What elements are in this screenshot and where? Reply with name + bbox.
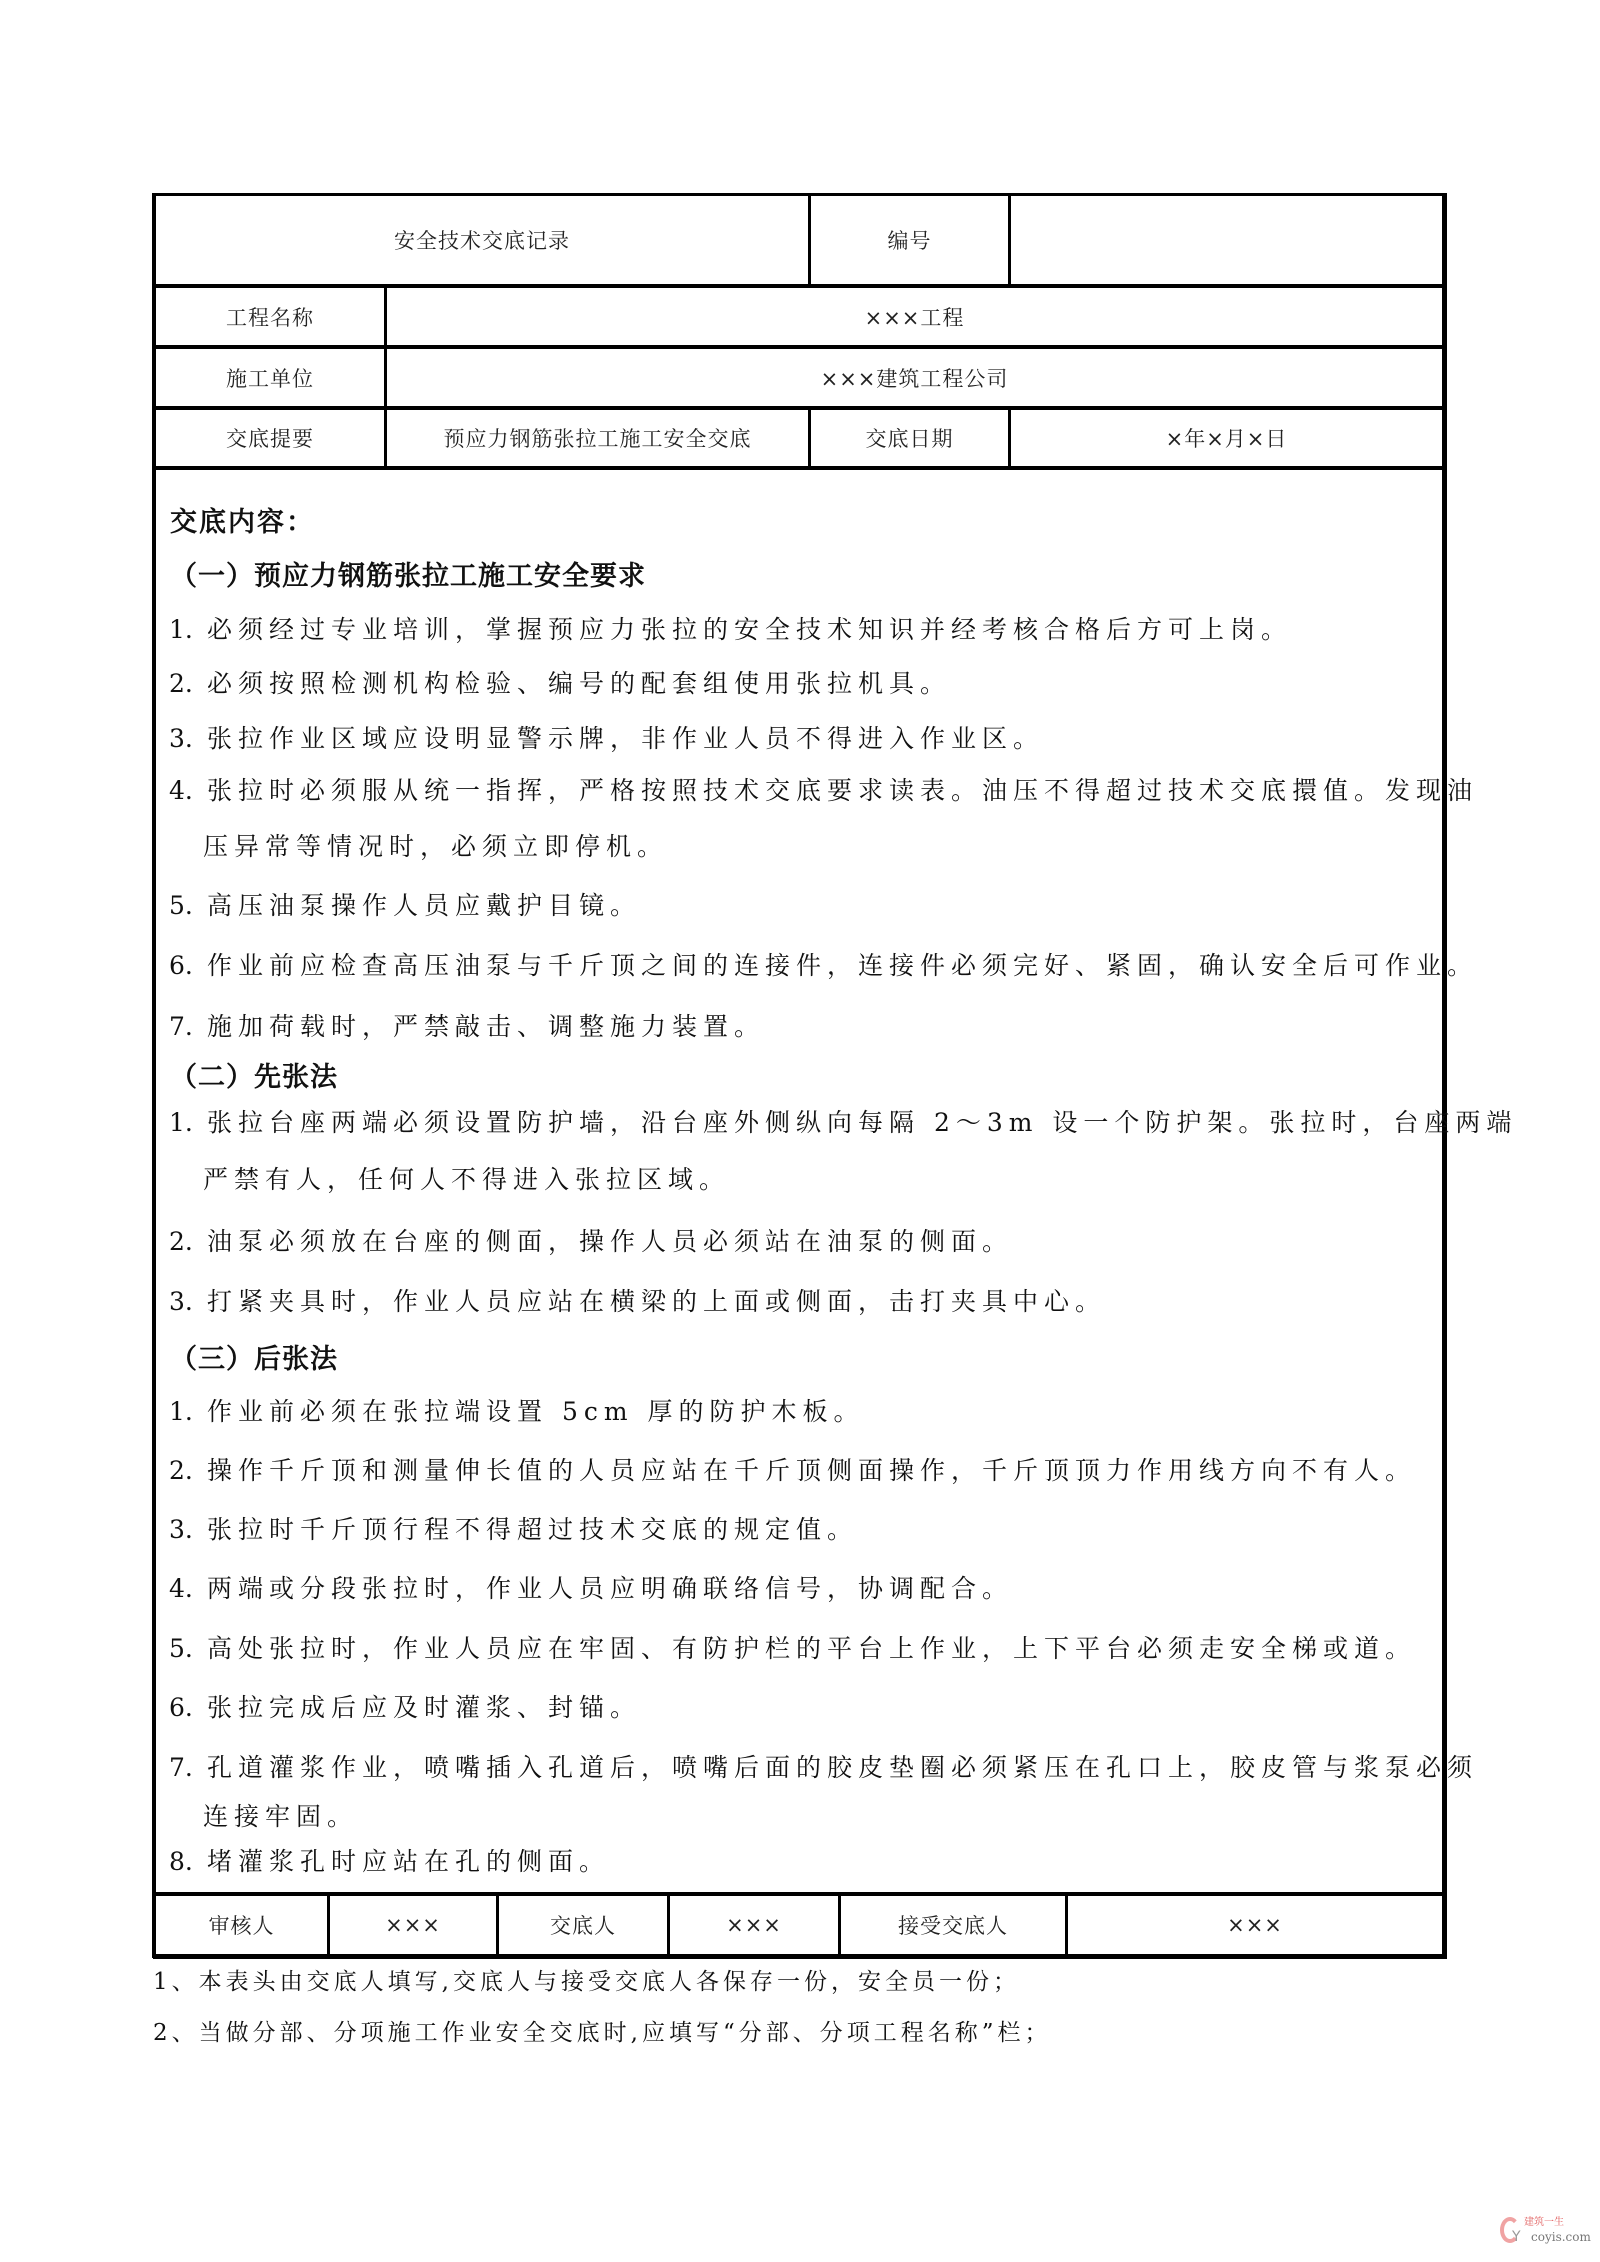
list-item: 3.张拉时千斤顶行程不得超过技术交底的规定值。 (169, 1510, 858, 1550)
list-item-continuation: 严禁有人，任何人不得进入张拉区域。 (203, 1160, 730, 1200)
section-heading: （一）预应力钢筋张拉工施工安全要求 (170, 557, 646, 597)
reviewer-label: 审核人 (156, 1896, 327, 1954)
list-item-continuation: 压异常等情况时，必须立即停机。 (203, 827, 668, 867)
list-item: 8.堵灌浆孔时应站在孔的侧面。 (169, 1842, 610, 1882)
summary-label: 交底提要 (156, 410, 384, 466)
form-title: 安全技术交底记录 (156, 196, 808, 284)
row-divider (153, 466, 1447, 470)
date-value[interactable]: ×年×月×日 (1011, 410, 1442, 466)
reviewer-value[interactable]: ××× (330, 1896, 496, 1954)
list-item: 3.张拉作业区域应设明显警示牌，非作业人员不得进入作业区。 (169, 719, 1044, 759)
receiver-label: 接受交底人 (841, 1896, 1065, 1954)
contractor-value[interactable]: ×××建筑工程公司 (387, 349, 1442, 406)
watermark-brand: 建筑一生 (1524, 2213, 1564, 2228)
list-item: 1.作业前必须在张拉端设置 5cm 厚的防护木板。 (169, 1392, 865, 1432)
project-name-label: 工程名称 (156, 288, 384, 345)
list-item: 4.张拉时必须服从统一指挥，严格按照技术交底要求读表。油压不得超过技术交底擐值。… (169, 771, 1478, 811)
list-item: 2.操作千斤顶和测量伸长值的人员应站在千斤顶侧面操作，千斤顶顶力作用线方向不有人… (169, 1451, 1416, 1491)
table-border-right (1442, 193, 1447, 1958)
watermark: Y 建筑一生 coyis.com (1500, 2213, 1600, 2258)
list-item: 1.必须经过专业培训，掌握预应力张拉的安全技术知识并经考核合格后方可上岗。 (169, 610, 1292, 650)
watermark-url: coyis.com (1531, 2230, 1591, 2244)
list-item: 2.必须按照检测机构检验、编号的配套组使用张拉机具。 (169, 664, 951, 704)
list-item: 7.施加荷载时，严禁敲击、调整施力装置。 (169, 1007, 765, 1047)
number-value[interactable] (1011, 196, 1442, 284)
list-item: 5.高处张拉时，作业人员应在牢固、有防护栏的平台上作业，上下平台必须走安全梯或道… (169, 1629, 1416, 1669)
list-item: 5.高压油泵操作人员应戴护目镜。 (169, 886, 641, 926)
table-border-bottom (153, 1954, 1447, 1959)
list-item: 6.张拉完成后应及时灌浆、封锚。 (169, 1688, 641, 1728)
list-item-continuation: 连接牢固。 (203, 1797, 358, 1837)
list-item: 4.两端或分段张拉时，作业人员应明确联络信号，协调配合。 (169, 1569, 1013, 1609)
list-item: 6.作业前应检查高压油泵与千斤顶之间的连接件，连接件必须完好、紧固，确认安全后可… (169, 946, 1478, 986)
presenter-label: 交底人 (499, 1896, 667, 1954)
summary-value[interactable]: 预应力钢筋张拉工施工安全交底 (387, 410, 808, 466)
receiver-value[interactable]: ××× (1068, 1896, 1442, 1954)
contractor-label: 施工单位 (156, 349, 384, 406)
footnote: 2、当做分部、分项施工作业安全交底时,应填写“分部、分项工程名称”栏； (153, 2015, 1051, 2051)
date-label: 交底日期 (811, 410, 1008, 466)
project-name-value[interactable]: ×××工程 (387, 288, 1442, 345)
presenter-value[interactable]: ××× (670, 1896, 838, 1954)
list-item: 1.张拉台座两端必须设置防护墙，沿台座外侧纵向每隔 2～3m 设一个防护架。张拉… (169, 1103, 1517, 1143)
list-item: 2.油泵必须放在台座的侧面，操作人员必须站在油泵的侧面。 (169, 1222, 1013, 1262)
footnote: 1、本表头由交底人填写,交底人与接受交底人各保存一份，安全员一份； (153, 1964, 1020, 2000)
section-heading: （三）后张法 (170, 1340, 338, 1380)
section-heading: （二）先张法 (170, 1058, 338, 1098)
watermark-logo-y-icon: Y (1512, 2229, 1521, 2245)
number-label: 编号 (811, 196, 1008, 284)
list-item: 3.打紧夹具时，作业人员应站在横梁的上面或侧面，击打夹具中心。 (169, 1282, 1106, 1322)
content-title: 交底内容： (170, 503, 315, 543)
list-item: 7.孔道灌浆作业，喷嘴插入孔道后，喷嘴后面的胶皮垫圈必须紧压在孔口上，胶皮管与浆… (169, 1748, 1478, 1788)
